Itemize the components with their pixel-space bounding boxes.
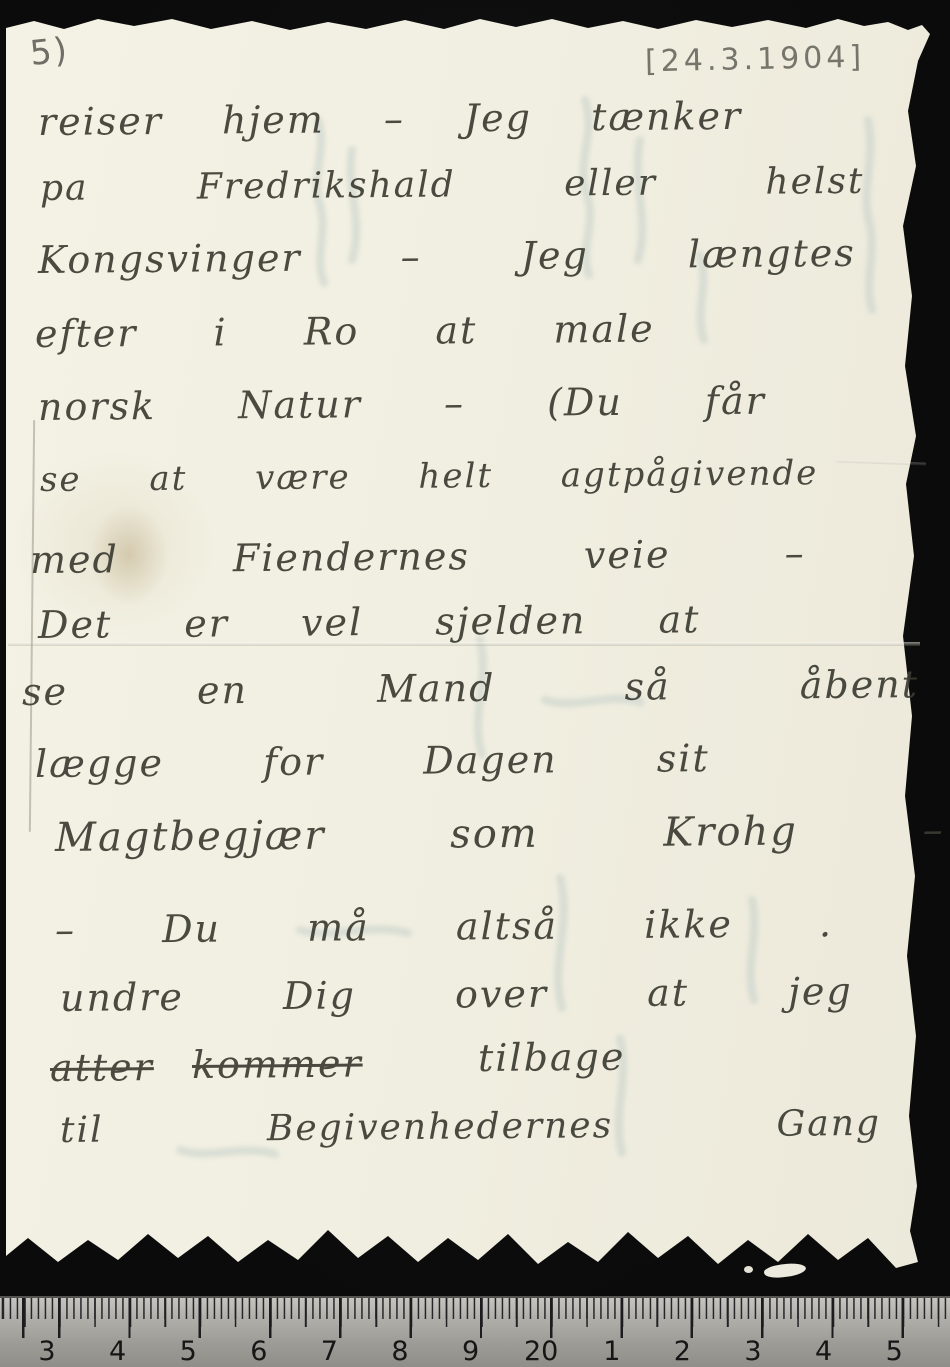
page-overlay: 5) [24.3.1904] reiser hjem – Jeg tænker … [0, 0, 950, 1296]
ruler-number: 7 [321, 1336, 338, 1367]
manuscript-line: reiser hjem – Jeg tænker [38, 94, 743, 144]
ruler-number: 6 [250, 1336, 267, 1367]
ruler-number: 5 [886, 1336, 903, 1367]
manuscript-line: norsk Natur – (Du får [38, 379, 766, 429]
manuscript-line: Det er vel sjelden at [38, 597, 701, 647]
ruler-number: 20 [524, 1336, 558, 1367]
manuscript-line: Kongsvinger – Jeg længtes [38, 231, 856, 282]
page-number-annotation: 5) [28, 30, 71, 74]
manuscript-line: efter i Ro at male [35, 307, 655, 356]
ruler-number: 4 [109, 1336, 126, 1367]
ruler-number: 3 [38, 1336, 55, 1367]
ruler-number: 8 [391, 1336, 408, 1367]
manuscript-line: lægge for Dagen sit [35, 736, 710, 786]
manuscript-line: Magtbegjær som Krohg – [55, 807, 945, 861]
manuscript-line: se en Mand så åbent [22, 662, 919, 714]
ruler-number: 3 [744, 1336, 761, 1367]
manuscript-line: tilbage [478, 1035, 626, 1080]
ruler-cm-ticks [0, 1298, 950, 1338]
manuscript-line: atter [50, 1045, 154, 1090]
manuscript-line: undre Dig over at jeg [60, 969, 853, 1020]
manuscript-line: pa Fredrikshald eller helst [40, 161, 865, 209]
ruler-number: 2 [674, 1336, 691, 1367]
ruler: 3 4 5 6 7 8 9 20 1 2 3 4 [0, 1296, 950, 1367]
manuscript-line: se at være helt agtpågivende [40, 453, 819, 500]
paper-speck-small [744, 1266, 753, 1273]
manuscript-line: – Du må altså ikke . [55, 901, 833, 952]
date-annotation: [24.3.1904] [645, 40, 866, 80]
ruler-number: 5 [180, 1336, 197, 1367]
manuscript-line: til Begivenhedernes Gang [60, 1103, 881, 1151]
manuscript-line: kommer [192, 1042, 363, 1087]
ruler-number: 4 [815, 1336, 832, 1367]
manuscript-line: med Fiendernes veie – [30, 531, 806, 582]
ruler-number: 9 [462, 1336, 479, 1367]
ruler-number: 1 [603, 1336, 620, 1367]
photographed-letter-scene: 5) [24.3.1904] reiser hjem – Jeg tænker … [0, 0, 950, 1367]
ruler-number-row: 3 4 5 6 7 8 9 20 1 2 3 4 [0, 1336, 950, 1367]
